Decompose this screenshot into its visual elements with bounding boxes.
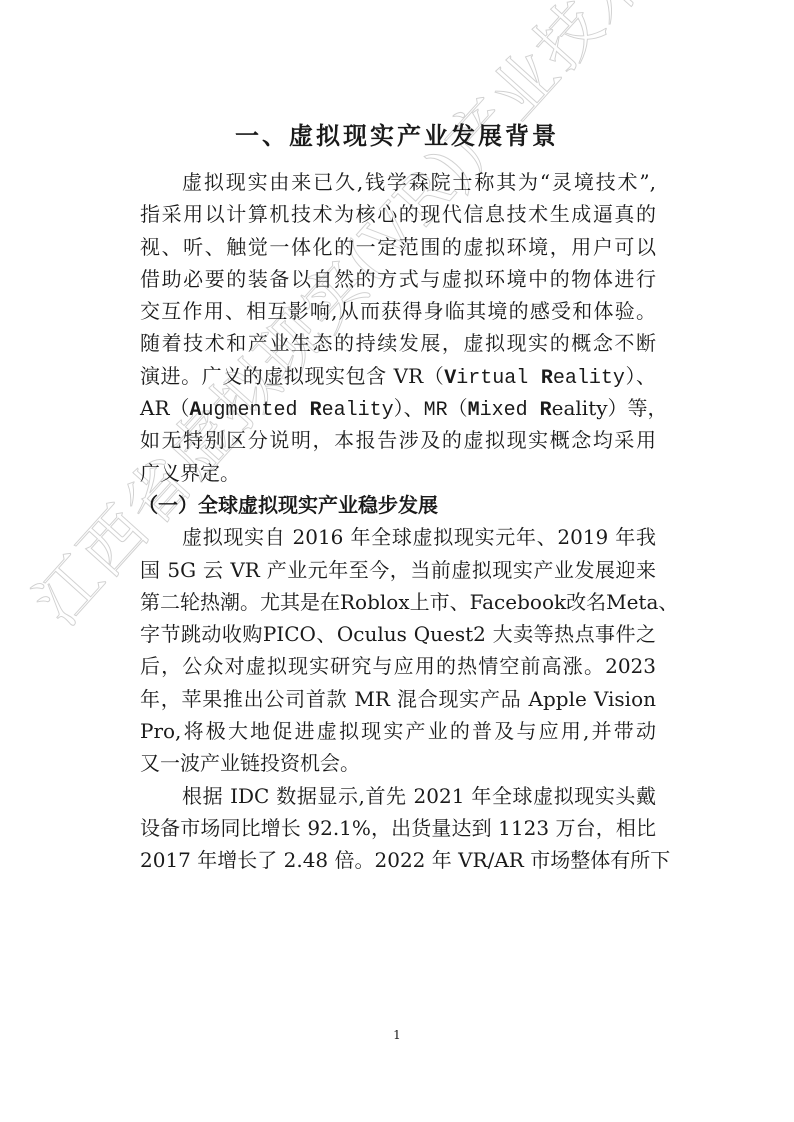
text-line: Pro,将极大地促进虚拟现实产业的普及与应用,并带动 (140, 715, 656, 747)
text-line: 广义界定。 (140, 457, 656, 489)
text-line: 2017 年增长了 2.48 倍。2022 年 VR/AR 市场整体有所下 (140, 844, 656, 876)
text-span: eality）等， (552, 396, 668, 420)
text-line: 演进。广义的虚拟现实包含 VR（Virtual Reality）、 (140, 360, 656, 392)
text-line: 年，苹果推出公司首款 MR 混合现实产品 Apple Vision (140, 683, 656, 715)
text-line: 字节跳动收购PICO、Oculus Quest2 大卖等热点事件之 (140, 618, 656, 650)
bold-initial: M (468, 399, 480, 422)
text-line: 虚拟现实自 2016 年全球虚拟现实元年、2019 年我 (140, 521, 656, 553)
document-page: 江西省虚拟现实(VR)产业技术创新战略联盟 一、虚拟现实产业发展背景 虚拟现实由… (0, 0, 794, 1122)
text-span: eality）、 (553, 367, 656, 390)
intro-paragraph: 虚拟现实由来已久,钱学森院士称其为“灵境技术”, 指采用以计算机技术为核心的现代… (140, 166, 656, 489)
text-span: AR（ (140, 396, 190, 420)
text-line: 第二轮热潮。尤其是在Roblox上市、Facebook改名Meta、 (140, 586, 656, 618)
section-paragraph-2: 根据 IDC 数据显示,首先 2021 年全球虚拟现实头戴 设备市场同比增长 9… (140, 780, 656, 877)
text-line: AR（Augmented Reality）、MR（Mixed Reality）等… (140, 392, 656, 424)
text-line: 指采用以计算机技术为核心的现代信息技术生成逼真的 (140, 198, 656, 230)
bold-initial: R (310, 399, 322, 422)
text-line: 借助必要的装备以自然的方式与虚拟环境中的物体进行 (140, 263, 656, 295)
text-line: 如无特别区分说明，本报告涉及的虚拟现实概念均采用 (140, 424, 656, 456)
text-line: 虚拟现实由来已久,钱学森院士称其为“灵境技术”, (140, 166, 656, 198)
bold-initial: A (190, 399, 202, 422)
text-line: 视、听、触觉一体化的一定范围的虚拟环境，用户可以 (140, 231, 656, 263)
text-span: ixed (480, 399, 540, 422)
text-span: eality）、MR（ (322, 399, 468, 422)
page-number: 1 (0, 1028, 794, 1042)
text-line: 交互作用、相互影响,从而获得身临其境的感受和体验。 (140, 295, 656, 327)
section-heading: （一）全球虚拟现实产业稳步发展 (138, 489, 656, 521)
text-line: 根据 IDC 数据显示,首先 2021 年全球虚拟现实头戴 (140, 780, 656, 812)
text-span: eality）、 (553, 364, 656, 388)
text-span: ugmented (202, 399, 310, 422)
section-paragraph-1: 虚拟现实自 2016 年全球虚拟现实元年、2019 年我 国 5G 云 VR 产… (140, 521, 656, 779)
text-line: 后，公众对虚拟现实研究与应用的热情空前高涨。2023 (140, 650, 656, 682)
bold-initial: V (444, 367, 456, 390)
bold-initial: R (540, 399, 552, 422)
bold-initial: R (541, 367, 553, 390)
text-line: 设备市场同比增长 92.1%，出货量达到 1123 万台，相比 (140, 812, 656, 844)
document-body: 虚拟现实由来已久,钱学森院士称其为“灵境技术”, 指采用以计算机技术为核心的现代… (140, 166, 656, 877)
text-span: irtual (456, 367, 541, 390)
text-line: 国 5G 云 VR 产业元年至今，当前虚拟现实产业发展迎来 (140, 554, 656, 586)
text-span: 演进。广义的虚拟现实包含 VR（ (140, 364, 444, 388)
text-line: 又一波产业链投资机会。 (140, 747, 656, 779)
page-title: 一、虚拟现实产业发展背景 (0, 116, 794, 151)
text-line: 随着技术和产业生态的持续发展，虚拟现实的概念不断 (140, 327, 656, 359)
